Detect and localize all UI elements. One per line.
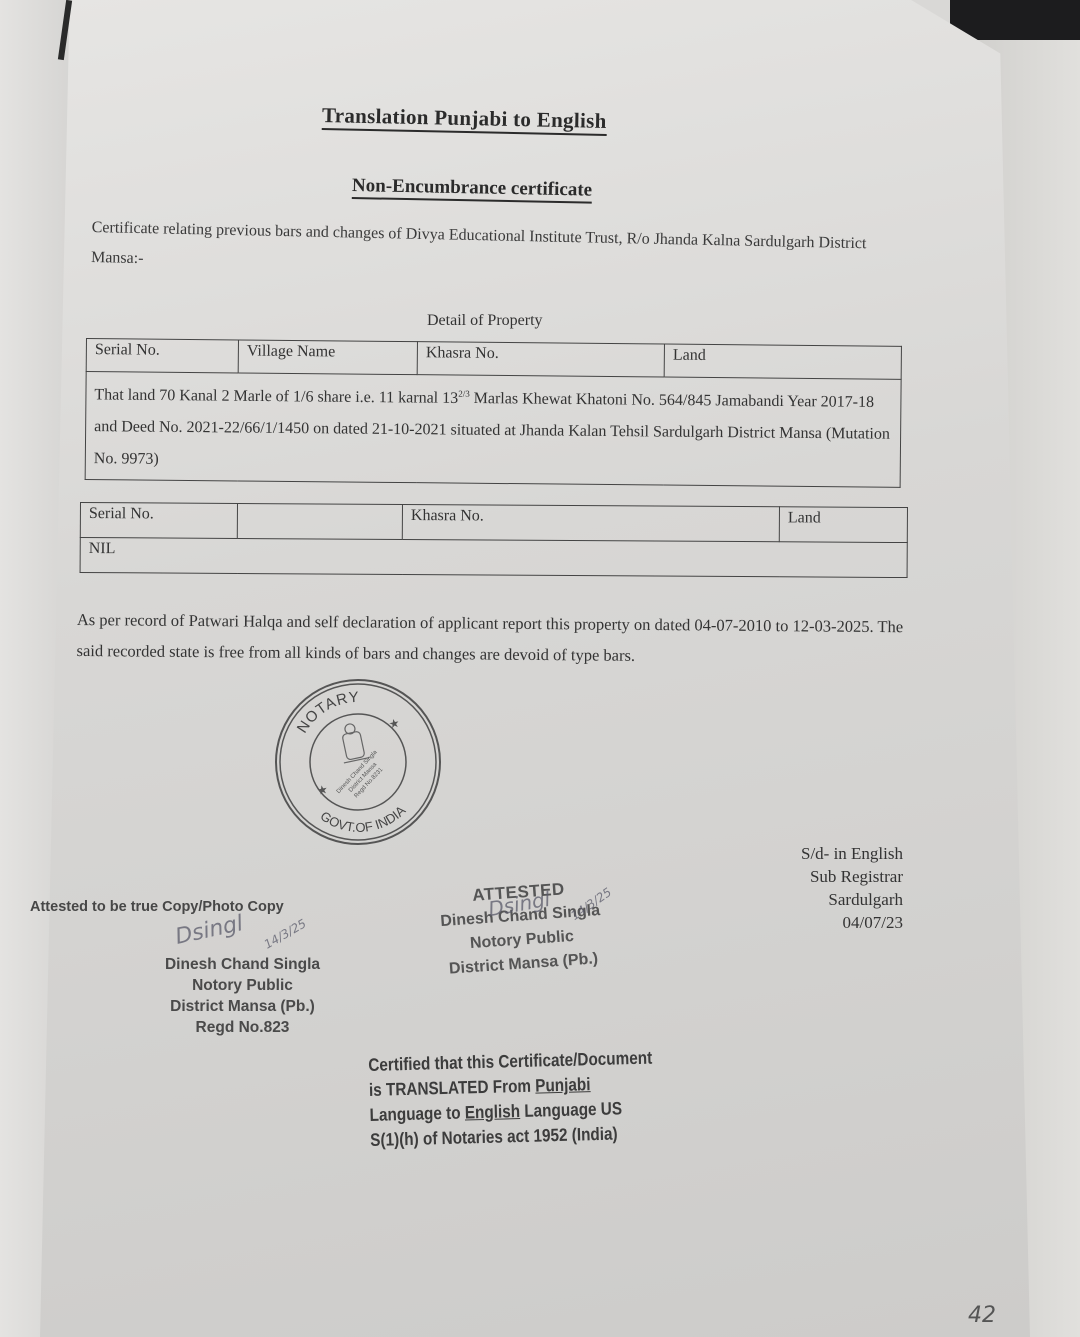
header-serial-no: Serial No.	[86, 339, 238, 373]
notary-title: Notory Public	[150, 975, 335, 996]
document-title: Translation Punjabi to English	[322, 103, 607, 136]
registrar-signed: S/d- in English	[760, 842, 903, 865]
translation-certification-stamp: Certified that this Certificate/Document…	[368, 1046, 654, 1153]
encumbrance-table: Serial No. Khasra No. Land NIL	[80, 502, 908, 578]
document-subtitle: Non-Encumbrance certificate	[352, 175, 592, 204]
registrar-place: Sardulgarh	[760, 888, 903, 911]
header-land: Land	[779, 507, 907, 543]
star-icon: ★	[316, 782, 329, 798]
header-land: Land	[664, 344, 901, 379]
detail-caption: Detail of Property	[427, 312, 543, 330]
attested-copy-stamp-title: Attested to be true Copy/Photo Copy	[30, 899, 284, 915]
property-description: That land 70 Kanal 2 Marle of 1/6 share …	[85, 372, 901, 488]
intro-paragraph: Certificate relating previous bars and c…	[91, 213, 892, 290]
table-header-row: Serial No. Khasra No. Land	[80, 503, 907, 543]
property-table: Serial No. Village Name Khasra No. Land …	[85, 338, 902, 488]
signature-left: Dsingl	[173, 911, 245, 950]
emblem-icon	[336, 721, 369, 763]
registrar-title: Sub Registrar	[760, 865, 903, 888]
notary-stamp: NOTARY GOVT.OF INDIA ★ ★ Dinesh Chand Si…	[256, 660, 460, 864]
sub-registrar-block: S/d- in English Sub Registrar Sardulgarh…	[760, 842, 903, 934]
stamp-bottom-text: GOVT.OF INDIA	[316, 792, 412, 845]
notary-district: District Mansa (Pb.)	[150, 996, 335, 1017]
table-row: That land 70 Kanal 2 Marle of 1/6 share …	[85, 372, 901, 488]
signature-left-date: 14/3/25	[262, 916, 309, 951]
svg-text:GOVT.OF INDIA: GOVT.OF INDIA	[316, 792, 412, 845]
page-number: 42	[968, 1303, 996, 1328]
header-empty	[237, 503, 402, 539]
header-khasra-no: Khasra No.	[402, 504, 779, 541]
registrar-date: 04/07/23	[760, 911, 903, 934]
header-serial-no: Serial No.	[80, 503, 237, 539]
header-village-name: Village Name	[238, 340, 417, 375]
record-statement: As per record of Patwari Halqa and self …	[76, 604, 917, 673]
notary-regd: Regd No.823	[150, 1017, 335, 1038]
table-row: NIL	[80, 538, 907, 578]
document-content: Translation Punjabi to English Non-Encum…	[0, 0, 1080, 1337]
notary-name: Dinesh Chand Singla	[150, 954, 335, 975]
star-icon: ★	[387, 716, 400, 732]
encumbrance-nil: NIL	[80, 538, 907, 578]
header-khasra-no: Khasra No.	[417, 342, 664, 377]
notary-stamp-left: Dinesh Chand Singla Notory Public Distri…	[150, 954, 335, 1038]
